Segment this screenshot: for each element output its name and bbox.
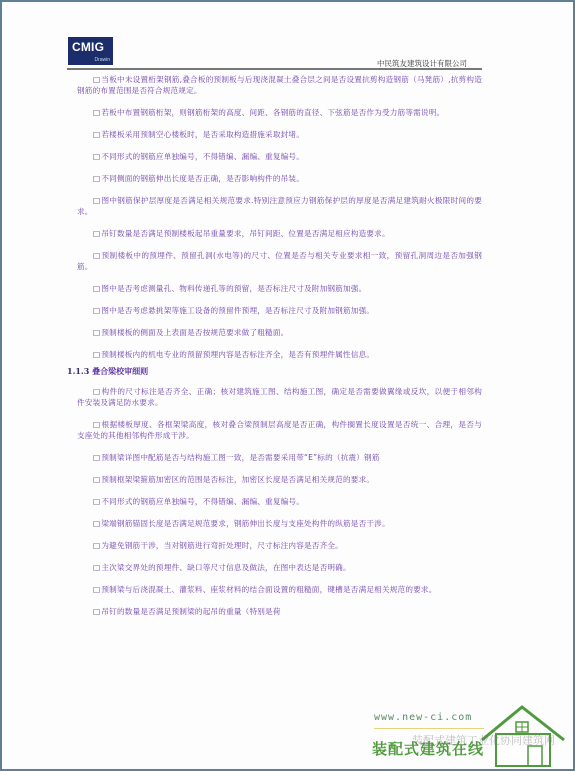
- checklist-item: 图中是否考虑测量孔、物料传递孔等的预留，是否标注尺寸及附加钢筋加强。: [77, 283, 482, 294]
- checklist-item: 若楼板采用预制空心楼板时，是否采取构造措施采取封堵。: [77, 129, 482, 140]
- checklist-item: 为避免钢筋干涉，当对钢筋进行弯折处理时，尺寸标注内容是否齐全。: [77, 540, 482, 551]
- checklist-item: 不同侧面的钢筋伸出长度是否正确，是否影响构件的吊装。: [77, 173, 482, 184]
- checklist-item: 构件的尺寸标注是否齐全、正确；核对建筑施工图、结构施工图，确定是否需要做翼缘或反…: [77, 386, 482, 408]
- logo-subtitle: Drawin: [94, 57, 110, 63]
- checklist-item: 预制梁详图中配筋是否与结构施工图一致，是否需要采用带“E”标的（抗震）钢筋: [77, 452, 482, 463]
- document-body: 当板中未设置桁架钢筋,叠合板的预制板与后现浇混凝土叠合层之间是否设置抗剪构造钢筋…: [77, 74, 482, 628]
- checklist-item: 预制梁与后浇混凝土、灌浆料、座浆材料的结合面设置的粗糙面，键槽是否满足相关规范的…: [77, 584, 482, 595]
- checklist-item: 预制楼板中的预埋件、预留孔洞(水电等)的尺寸、位置是否与相关专业要求相一致，预留…: [77, 250, 482, 272]
- logo-brand: CMIG: [72, 40, 104, 54]
- checklist-item: 吊钉数量是否满足预制楼板起吊重量要求，吊钉间距、位置是否满足相应构造要求。: [77, 228, 482, 239]
- checklist-item: 预制楼板的侧面及上表面是否按规范要求做了粗糙面。: [77, 327, 482, 338]
- checklist-item: 主次梁交界处的预埋件、缺口等尺寸信息及做法，在图中表达是否明确。: [77, 562, 482, 573]
- watermark-url: www.new-ci.com: [374, 712, 472, 723]
- section-heading: 1.1.3 叠合梁校审细则: [67, 366, 482, 377]
- checklist-item: 梁端钢筋锚固长度是否满足规范要求，钢筋伸出长度与支座处构件的纵筋是否干涉。: [77, 518, 482, 529]
- watermark-overlay-text: 装配式建筑工业化协同建筑网: [412, 732, 555, 748]
- cmig-logo: CMIG Drawin: [68, 37, 113, 65]
- checklist-item: 不同形式的钢筋应单独编号，不得错编、漏编、重复编号。: [77, 151, 482, 162]
- section-number: 1.1.3: [67, 366, 89, 376]
- checklist-item: 图中是否考虑悬挑架等施工设备的预留件预埋，是否标注尺寸及附加钢筋加强。: [77, 305, 482, 316]
- document-page: CMIG Drawin 中民筑友建筑设计有限公司 当板中未设置桁架钢筋,叠合板的…: [0, 0, 575, 771]
- watermark-underline: [374, 728, 484, 729]
- checklist-item: 图中钢筋保护层厚度是否满足相关规范要求.特别注意预应力钢筋保护层的厚度是否满足建…: [77, 195, 482, 217]
- checklist-item: 当板中未设置桁架钢筋,叠合板的预制板与后现浇混凝土叠合层之间是否设置抗剪构造钢筋…: [77, 74, 482, 96]
- checklist-item: 预制框架梁箍筋加密区的范围是否标注，加密区长度是否满足相关规范的要求。: [77, 474, 482, 485]
- checklist-item: 吊钉的数量是否满足预制梁的起吊的重量（特别是荷: [77, 606, 482, 617]
- checklist-item: 根据楼板厚度、各框架梁高度，核对叠合梁预制层高度是否正确，构件搁置长度设置是否统…: [77, 419, 482, 441]
- checklist-item: 若板中布置钢筋桁架，则钢筋桁架的高度、间距、各钢筋的直径、下弦筋是否作为受力筋等…: [77, 107, 482, 118]
- section-title: 叠合梁校审细则: [92, 367, 148, 376]
- checklist-item: 预制楼板内的机电专业的预留预埋内容是否标注齐全，是否有预埋件属性信息。: [77, 349, 482, 360]
- checklist-item: 不同形式的钢筋应单独编号，不得错编、漏编、重复编号。: [77, 496, 482, 507]
- header-divider: [67, 68, 482, 70]
- watermark: www.new-ci.com 装配式建筑在线 装配式建筑工业化协同建筑网: [372, 702, 572, 768]
